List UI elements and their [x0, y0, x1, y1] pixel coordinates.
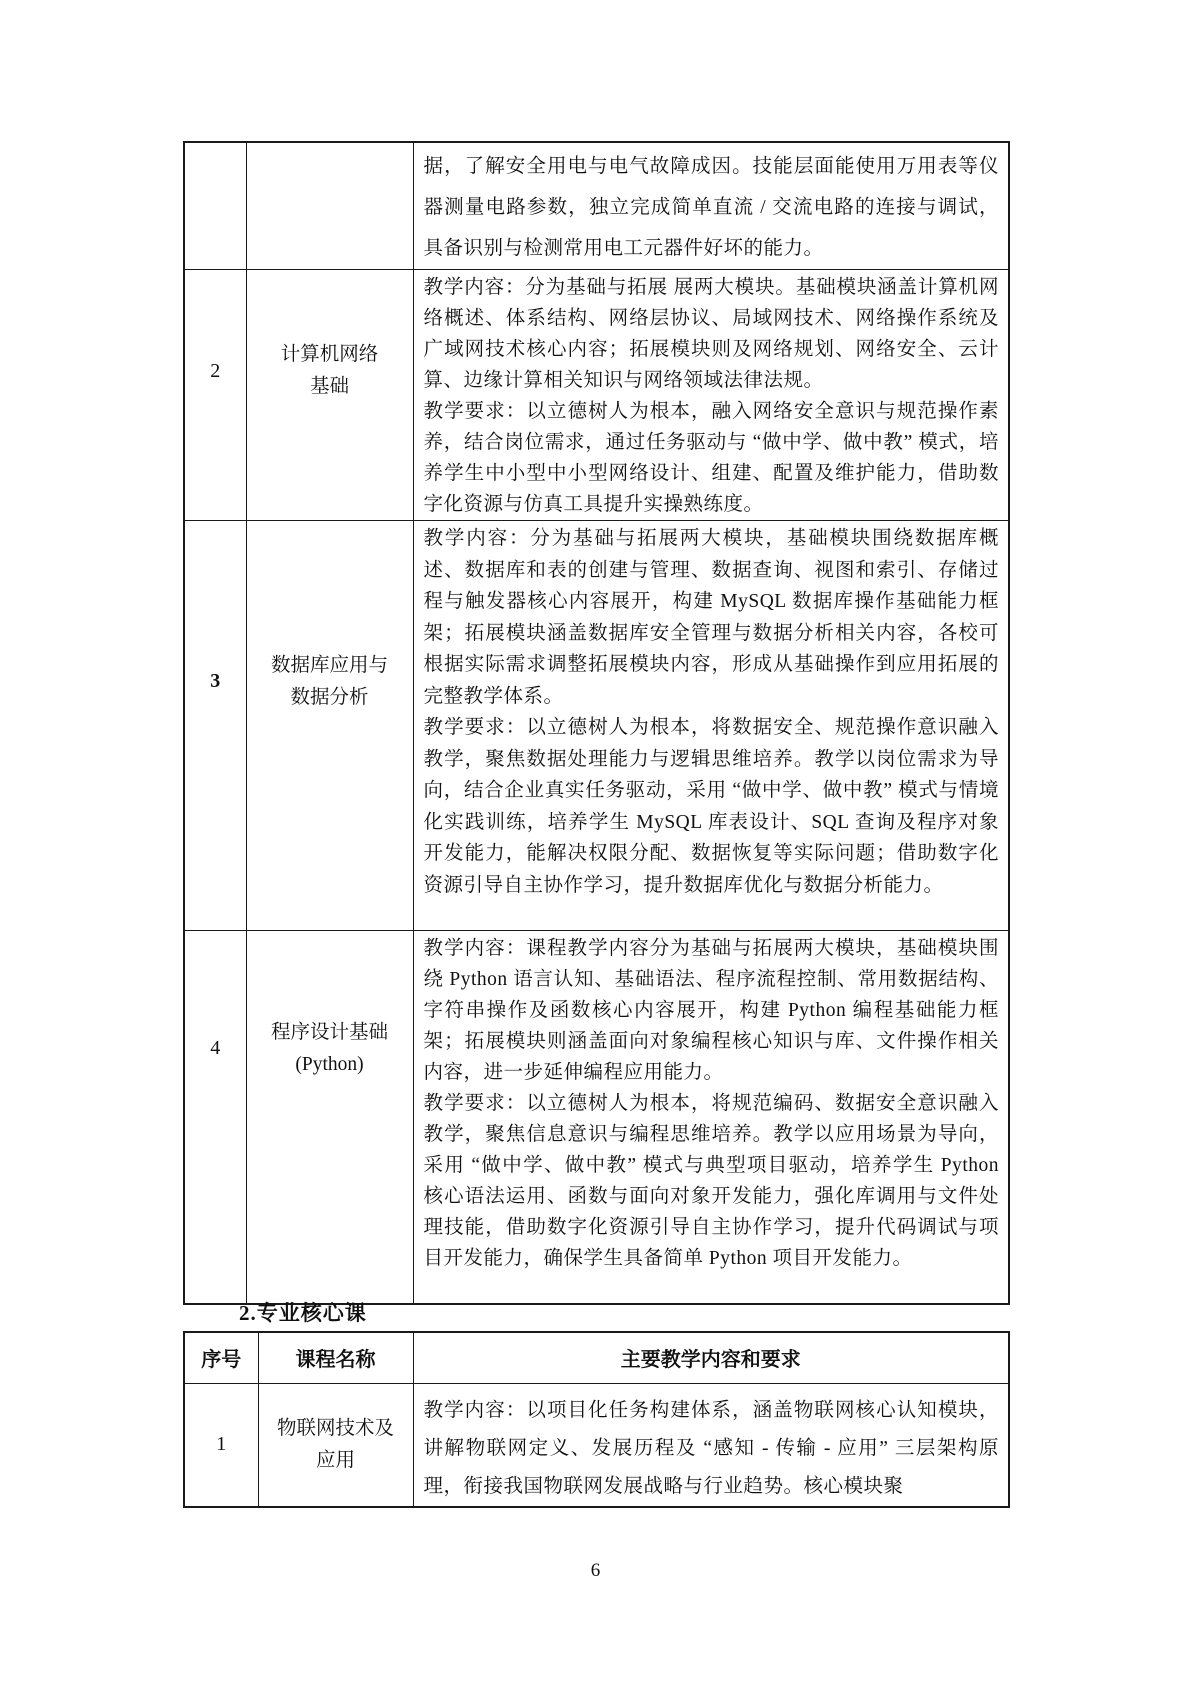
course-content-cell: 教学内容：课程教学内容分为基础与拓展两大模块，基础模块围绕 Python 语言认…	[413, 931, 1009, 1304]
page-number: 6	[0, 1560, 1191, 1582]
course-name-cell: 程序设计基础 (Python)	[246, 931, 413, 1304]
header-course-name: 课程名称	[258, 1332, 413, 1383]
course-content-cell: 教学内容：分为基础与拓展两大模块，基础模块围绕数据库概述、数据库和表的创建与管理…	[413, 521, 1009, 931]
row-number-cell: 3	[184, 521, 246, 931]
document-page: 据，了解安全用电与电气故障成因。技能层面能使用万用表等仪器测量电路参数，独立完成…	[0, 0, 1191, 1684]
row-number-cell	[184, 142, 246, 270]
row-number-cell: 2	[184, 270, 246, 521]
core-course-table: 序号 课程名称 主要教学内容和要求 1 物联网技术及 应用 教学内容：以项目化任…	[183, 1331, 1010, 1508]
course-content-cell: 据，了解安全用电与电气故障成因。技能层面能使用万用表等仪器测量电路参数，独立完成…	[413, 142, 1009, 270]
table-row: 2 计算机网络 基础 教学内容：分为基础与拓展 展两大模块。基础模块涵盖计算机网…	[184, 270, 1009, 521]
row-number-cell: 1	[184, 1383, 258, 1507]
row-number-cell: 4	[184, 931, 246, 1304]
table-row: 1 物联网技术及 应用 教学内容：以项目化任务构建体系，涵盖物联网核心认知模块，…	[184, 1383, 1009, 1507]
header-seq-number: 序号	[184, 1332, 258, 1383]
table-row: 据，了解安全用电与电气故障成因。技能层面能使用万用表等仪器测量电路参数，独立完成…	[184, 142, 1009, 270]
course-name-cell: 计算机网络 基础	[246, 270, 413, 521]
course-name-cell	[246, 142, 413, 270]
course-content-cell: 教学内容：以项目化任务构建体系，涵盖物联网核心认知模块，讲解物联网定义、发展历程…	[413, 1383, 1009, 1507]
general-course-table: 据，了解安全用电与电气故障成因。技能层面能使用万用表等仪器测量电路参数，独立完成…	[183, 141, 1010, 1305]
course-name-cell: 物联网技术及 应用	[258, 1383, 413, 1507]
header-main-content: 主要教学内容和要求	[413, 1332, 1009, 1383]
table-row: 3 数据库应用与 数据分析 教学内容：分为基础与拓展两大模块，基础模块围绕数据库…	[184, 521, 1009, 931]
table-row: 4 程序设计基础 (Python) 教学内容：课程教学内容分为基础与拓展两大模块…	[184, 931, 1009, 1304]
course-name-cell: 数据库应用与 数据分析	[246, 521, 413, 931]
section-heading: 2.专业核心课	[239, 1297, 367, 1327]
course-content-cell: 教学内容：分为基础与拓展 展两大模块。基础模块涵盖计算机网络概述、体系结构、网络…	[413, 270, 1009, 521]
table-header-row: 序号 课程名称 主要教学内容和要求	[184, 1332, 1009, 1383]
